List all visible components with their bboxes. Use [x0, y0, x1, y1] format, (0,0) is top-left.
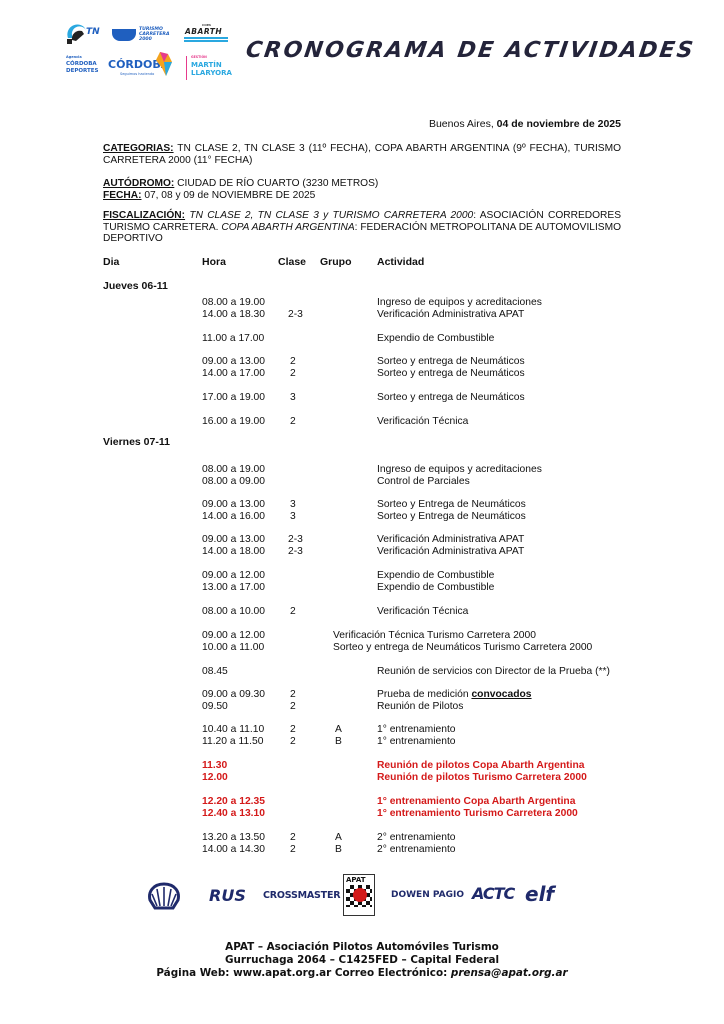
cell-actividad: Ingreso de equipos y acreditaciones [377, 297, 542, 308]
col-header-clase: Clase [278, 256, 306, 268]
cell-clase: 3 [290, 499, 296, 510]
emphasis-convocados: convocados [471, 689, 531, 700]
col-header-grupo: Grupo [320, 256, 352, 268]
cell-hora: 12.20 a 12.35 [202, 796, 265, 807]
cell-hora: 09.00 a 12.00 [202, 630, 265, 641]
cell-clase: 2 [290, 416, 296, 427]
day-label-viernes: Viernes 07-11 [103, 436, 170, 448]
table-row: 14.00 a 18.302-3Verificación Administrat… [0, 309, 724, 321]
cell-clase: 3 [290, 511, 296, 522]
cell-actividad: Sorteo y entrega de Neumáticos [377, 392, 525, 403]
table-row: 13.00 a 17.00Expendio de Combustible [0, 582, 724, 594]
footer-line-2: Gurruchaga 2064 – C1425FED – Capital Fed… [0, 954, 724, 967]
rus-logo: RUS [209, 886, 246, 905]
cell-actividad: Verificación Técnica [377, 416, 468, 427]
header-logos: TN TURISMO CARRETERA 2000 COPA ABARTH Ag… [64, 24, 234, 80]
cell-actividad: Sorteo y Entrega de Neumáticos [377, 511, 526, 522]
dowen-pagio-logo: DOWEN PAGIO [391, 890, 464, 900]
cell-actividad: Sorteo y entrega de Neumáticos [377, 356, 525, 367]
cell-hora: 14.00 a 17.00 [202, 368, 265, 379]
cell-clase: 2-3 [288, 309, 303, 320]
page-title: CRONOGRAMA DE ACTIVIDADES [244, 38, 696, 63]
cell-hora: 10.40 a 11.10 [202, 724, 264, 735]
cell-actividad: Reunión de pilotos Turismo Carretera 200… [377, 772, 587, 783]
elf-logo: elf [525, 882, 554, 906]
cell-hora: 08.45 [202, 666, 228, 677]
table-row: 09.00 a 12.00Verificación Técnica Turism… [0, 630, 724, 642]
table-row: 11.30Reunión de pilotos Copa Abarth Arge… [0, 760, 724, 772]
cell-actividad: Control de Parciales [377, 476, 470, 487]
table-row: 08.00 a 09.00Control de Parciales [0, 476, 724, 488]
table-row: 14.00 a 18.002-3Verificación Administrat… [0, 546, 724, 558]
table-row: 09.00 a 13.003Sorteo y Entrega de Neumát… [0, 499, 724, 511]
cell-hora: 08.00 a 19.00 [202, 464, 265, 475]
cell-hora: 14.00 a 14.30 [202, 844, 265, 855]
cell-clase: 2-3 [288, 546, 303, 557]
cell-actividad: Verificación Administrativa APAT [377, 534, 524, 545]
cell-actividad: 1° entrenamiento Copa Abarth Argentina [377, 796, 575, 807]
cell-actividad: Expendio de Combustible [377, 333, 494, 344]
cell-hora: 13.20 a 13.50 [202, 832, 265, 843]
table-row: 12.40 a 13.101° entrenamiento Turismo Ca… [0, 808, 724, 820]
cell-hora: 12.00 [202, 772, 228, 783]
shell-logo-icon [147, 882, 181, 910]
cell-actividad: Sorteo y Entrega de Neumáticos [377, 499, 526, 510]
table-row: 14.00 a 14.302B2° entrenamiento [0, 844, 724, 856]
cell-clase: 2 [290, 724, 296, 735]
cell-hora: 14.00 a 18.30 [202, 309, 265, 320]
table-row: 13.20 a 13.502A2° entrenamiento [0, 832, 724, 844]
cell-clase: 3 [290, 392, 296, 403]
cell-hora: 09.50 [202, 701, 228, 712]
cell-hora: 08.00 a 19.00 [202, 297, 265, 308]
table-row: 09.00 a 09.302Prueba de medición convoca… [0, 689, 724, 701]
place-date: Buenos Aires, 04 de noviembre de 2025 [429, 118, 621, 130]
cell-actividad: Sorteo y entrega de Neumáticos Turismo C… [333, 642, 592, 653]
cell-actividad-text: Prueba de medición [377, 689, 471, 700]
sponsor-logos: RUS CROSSMASTER APAT DOWEN PAGIO ACTC el… [145, 874, 585, 918]
cell-actividad: Prueba de medición convocados [377, 689, 532, 700]
cell-clase: 2 [290, 844, 296, 855]
cell-actividad: Verificación Administrativa APAT [377, 546, 524, 557]
cordoba-map-icon [154, 50, 174, 78]
table-row: 09.00 a 12.00Expendio de Combustible [0, 570, 724, 582]
cell-hora: 09.00 a 13.00 [202, 356, 265, 367]
table-row: 10.00 a 11.00Sorteo y entrega de Neumáti… [0, 642, 724, 654]
cell-hora: 11.30 [202, 760, 227, 771]
cell-actividad: 1° entrenamiento [377, 724, 456, 735]
cell-grupo: A [335, 724, 342, 735]
cell-actividad: Reunión de servicios con Director de la … [377, 666, 610, 677]
cell-actividad: Reunión de Pilotos [377, 701, 463, 712]
table-row: 09.00 a 13.002Sorteo y entrega de Neumát… [0, 356, 724, 368]
footer-line-3: Página Web: www.apat.org.ar Correo Elect… [0, 967, 724, 980]
table-row: 09.00 a 13.002-3Verificación Administrat… [0, 534, 724, 546]
cell-actividad: Verificación Técnica [377, 606, 468, 617]
cell-hora: 08.00 a 09.00 [202, 476, 265, 487]
cell-actividad: Expendio de Combustible [377, 582, 494, 593]
cell-actividad: 2° entrenamiento [377, 844, 456, 855]
copa-abarth-logo: COPA ABARTH [182, 24, 234, 46]
cell-actividad: Ingreso de equipos y acreditaciones [377, 464, 542, 475]
cell-hora: 12.40 a 13.10 [202, 808, 265, 819]
tn-logo: TN [64, 24, 104, 46]
cell-clase: 2 [290, 356, 296, 367]
cell-hora: 11.20 a 11.50 [202, 736, 263, 747]
table-row: 14.00 a 17.002Sorteo y entrega de Neumát… [0, 368, 724, 380]
cell-grupo: A [335, 832, 342, 843]
cell-hora: 14.00 a 16.00 [202, 511, 265, 522]
apat-logo: APAT [343, 874, 375, 916]
fecha: FECHA: 07, 08 y 09 de NOVIEMBRE DE 2025 [103, 190, 621, 202]
cell-hora: 13.00 a 17.00 [202, 582, 265, 593]
cell-hora: 10.00 a 11.00 [202, 642, 264, 653]
fiscalizacion: FISCALIZACIÓN: TN CLASE 2, TN CLASE 3 y … [103, 210, 621, 245]
cell-hora: 08.00 a 10.00 [202, 606, 265, 617]
cell-hora: 09.00 a 13.00 [202, 499, 265, 510]
cell-hora: 14.00 a 18.00 [202, 546, 265, 557]
cell-actividad: Verificación Administrativa APAT [377, 309, 524, 320]
cell-grupo: B [335, 736, 342, 747]
table-row: 08.00 a 19.00Ingreso de equipos y acredi… [0, 464, 724, 476]
table-row: 09.502Reunión de Pilotos [0, 701, 724, 713]
cell-clase: 2 [290, 832, 296, 843]
actc-logo: ACTC [472, 884, 514, 903]
cell-hora: 09.00 a 09.30 [202, 689, 265, 700]
table-row: 12.20 a 12.351° entrenamiento Copa Abart… [0, 796, 724, 808]
table-row: 10.40 a 11.102A1° entrenamiento [0, 724, 724, 736]
table-row: 08.00 a 10.002Verificación Técnica [0, 606, 724, 618]
day-label-jueves: Jueves 06-11 [103, 280, 168, 292]
cell-clase: 2 [290, 701, 296, 712]
col-header-dia: Dia [103, 256, 119, 268]
email-link[interactable]: prensa@apat.org.ar [451, 967, 568, 979]
table-row: 16.00 a 19.002Verificación Técnica [0, 416, 724, 428]
cell-hora: 16.00 a 19.00 [202, 416, 265, 427]
gestion-martin-llaryora-logo: GESTIÓN MARTÍN LLARYORA [186, 56, 238, 80]
cell-actividad: Expendio de Combustible [377, 570, 494, 581]
cell-actividad: Verificación Técnica Turismo Carretera 2… [333, 630, 536, 641]
table-row: 11.00 a 17.00Expendio de Combustible [0, 333, 724, 345]
cell-actividad: 1° entrenamiento [377, 736, 456, 747]
cordoba-logo: CÓRDOBA Seguimos haciendo [106, 50, 174, 80]
table-row: 12.00Reunión de pilotos Turismo Carreter… [0, 772, 724, 784]
cell-clase: 2 [290, 736, 296, 747]
cell-actividad: Sorteo y entrega de Neumáticos [377, 368, 525, 379]
cell-actividad: 1° entrenamiento Turismo Carretera 2000 [377, 808, 578, 819]
cell-hora: 17.00 a 19.00 [202, 392, 265, 403]
col-header-hora: Hora [202, 256, 226, 268]
categorias: CATEGORIAS: TN CLASE 2, TN CLASE 3 (11º … [103, 143, 621, 166]
cell-actividad: 2° entrenamiento [377, 832, 456, 843]
cell-clase: 2 [290, 689, 296, 700]
col-header-actividad: Actividad [377, 256, 424, 268]
agencia-cordoba-deportes-logo: Agencia CÓRDOBA DEPORTES [66, 56, 102, 80]
cell-hora: 09.00 a 12.00 [202, 570, 265, 581]
table-row: 11.20 a 11.502B1° entrenamiento [0, 736, 724, 748]
cell-hora: 11.00 a 17.00 [202, 333, 264, 344]
table-row: 17.00 a 19.003Sorteo y entrega de Neumát… [0, 392, 724, 404]
table-row: 08.45Reunión de servicios con Director d… [0, 666, 724, 678]
table-row: 08.00 a 19.00Ingreso de equipos y acredi… [0, 297, 724, 309]
table-row: 14.00 a 16.003Sorteo y Entrega de Neumát… [0, 511, 724, 523]
footer-line-1: APAT – Asociación Pilotos Automóviles Tu… [0, 941, 724, 954]
cell-clase: 2 [290, 368, 296, 379]
cell-grupo: B [335, 844, 342, 855]
crossmaster-logo: CROSSMASTER [263, 890, 340, 901]
autodromo: AUTÓDROMO: CIUDAD DE RÍO CUARTO (3230 ME… [103, 178, 621, 190]
cell-clase: 2-3 [288, 534, 303, 545]
cell-clase: 2 [290, 606, 296, 617]
cell-actividad: Reunión de pilotos Copa Abarth Argentina [377, 760, 584, 771]
turismo-carretera-2000-logo: TURISMO CARRETERA 2000 [112, 27, 174, 45]
cell-hora: 09.00 a 13.00 [202, 534, 265, 545]
